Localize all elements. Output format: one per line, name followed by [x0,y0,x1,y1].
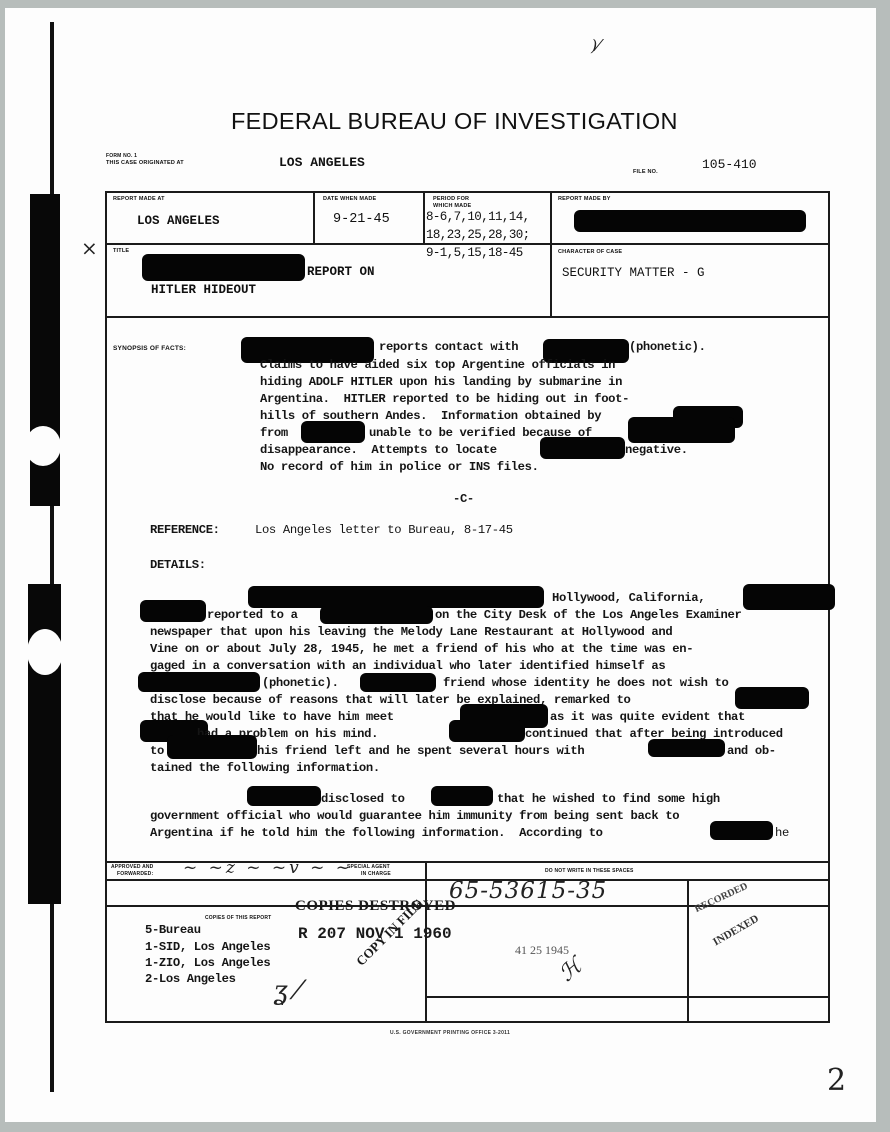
col-divider-period [423,191,425,243]
redaction-details-2 [743,584,835,610]
footer-col-divider-2 [687,879,689,1021]
classification-mark: -C- [453,491,474,509]
page-number: 2 [827,1063,846,1098]
copies-label: COPIES OF THIS REPORT [205,915,271,921]
details-p1-line10c: and ob- [727,743,776,761]
details-label: DETAILS: [150,557,206,575]
row-divider-1 [106,243,830,245]
approved-label-1: APPROVED AND [111,864,154,870]
handwritten-file-number: 65-53615-35 [449,878,607,904]
redaction-details-6 [360,673,436,692]
redaction-synopsis-4 [301,421,365,443]
copy-distribution-4: 2-Los Angeles [145,971,236,988]
col-divider-date [313,191,315,243]
title-line-2: HITLER HIDEOUT [151,283,256,297]
synopsis-line-8: No record of him in police or INS files. [260,459,539,477]
details-p1-line10b: his friend left and he spent several hou… [257,743,584,761]
details-p2-line1b: that he wished to find some high [497,791,720,809]
agency-title: FEDERAL BUREAU OF INVESTIGATION [231,108,678,135]
checkmark-top-right: )⁄ [591,36,600,55]
report-made-at-label: REPORT MADE AT [113,196,165,202]
details-p1-line6b: friend whose identity he does not wish t… [443,675,729,693]
synopsis-line-7a: disappearance. Attempts to locate [260,442,497,460]
file-no-label: FILE NO. [633,169,658,175]
synopsis-line-1b: (phonetic). [629,339,706,357]
footer-inner-line [425,996,830,998]
details-p1-line4: Vine on or about July 28, 1945, he met a… [150,641,693,659]
period-line-1: 8-6,7,10,11,14, [426,210,530,224]
details-p1-line2b: on the City Desk of the Los Angeles Exam… [435,607,741,625]
copy-distribution-1: 5-Bureau [145,922,201,939]
report-made-at-value: LOS ANGELES [137,214,220,228]
period-line-2: 18,23,25,28,30; [426,228,530,242]
printer-line: U.S. GOVERNMENT PRINTING OFFICE 3-2011 [390,1030,510,1036]
synopsis-line-2: Claims to have aided six top Argentine o… [260,357,615,375]
period-line-3: 9-1,5,15,18-45 [426,246,523,260]
period-label-1: PERIOD FOR [433,196,469,202]
redaction-details-1 [248,586,544,608]
details-p1-line1: Hollywood, California, [552,590,705,608]
footer-bottom-line [106,1021,830,1023]
redaction-synopsis-6 [540,437,625,459]
period-label-2: WHICH MADE [433,203,471,209]
synopsis-line-4: Argentina. HITLER reported to be hiding … [260,391,629,409]
details-p2-line1a: disclosed to [321,791,405,809]
copy-distribution-2: 1-SID, Los Angeles [145,939,270,956]
row-divider-2 [106,316,830,318]
details-p2-line3: Argentina if he told him the following i… [150,825,603,843]
synopsis-line-3: hiding ADOLF HITLER upon his landing by … [260,374,622,392]
small-date-stamp: 41 25 1945 [515,943,569,958]
left-edge-line [50,22,54,1092]
synopsis-line-7b: negative. [625,442,688,460]
date-made-label: DATE WHEN MADE [323,196,376,202]
character-value: SECURITY MATTER - G [562,266,705,280]
redaction-report-made-by [574,210,806,232]
character-label: CHARACTER OF CASE [558,249,622,255]
frame-top [106,191,830,193]
details-p1-line3: newspaper that upon his leaving the Melo… [150,624,672,642]
copy-distribution-3: 1-ZIO, Los Angeles [145,955,270,972]
synopsis-line-6a: from [260,425,288,443]
details-p1-line11: tained the following information. [150,760,380,778]
title-label: TITLE [113,248,129,254]
redaction-synopsis-5 [628,417,735,443]
date-made-value: 9-21-45 [333,212,390,227]
col-divider-madeby [550,191,552,316]
reference-value: Los Angeles letter to Bureau, 8-17-45 [255,522,513,540]
title-line-1: REPORT ON [307,265,375,279]
details-p1-line8b: as it was quite evident that [550,709,745,727]
punch-hole-1 [25,426,61,466]
redaction-details-7 [735,687,809,709]
synopsis-line-1a: reports contact with [379,339,518,357]
details-p1-line2a: reported to a [207,607,298,625]
checkmark-margin: × [81,236,98,260]
document-page: FEDERAL BUREAU OF INVESTIGATION Form No.… [5,8,876,1122]
indexed-stamp: INDEXED [711,913,761,949]
report-made-by-label: REPORT MADE BY [558,196,611,202]
details-p1-line10a: to [150,743,164,761]
punch-hole-2 [27,629,63,675]
form-number-label: Form No. 1 [106,153,137,159]
details-p1-line7: disclose because of reasons that will la… [150,692,631,710]
approved-label-2: FORWARDED: [117,871,153,877]
reference-label: REFERENCE: [150,522,220,540]
originated-value: LOS ANGELES [279,155,365,170]
handwritten-scrawl: ℋ [555,954,588,987]
special-agent-label-2: IN CHARGE [361,871,391,877]
details-p2-line2: government official who would guarantee … [150,808,679,826]
do-not-write-label: DO NOT WRITE IN THESE SPACES [545,868,634,874]
handwritten-initial-mark: ʓ ⁄ [273,976,300,1006]
redaction-details-11 [167,735,257,759]
copies-destroyed-stamp: COPIES DESTROYED [295,898,456,915]
redaction-details-12 [648,739,725,757]
redaction-details-13 [247,786,321,806]
redaction-details-15 [710,821,773,840]
redaction-details-10 [449,720,525,742]
redaction-title [142,254,305,281]
approval-signature: ~ ~z ~ ~v ~ ~ [183,858,353,878]
synopsis-label: SYNOPSIS OF FACTS: [113,345,186,352]
details-p1-line6a: (phonetic). [262,675,339,693]
redaction-details-14 [431,786,493,806]
redaction-details-5 [138,672,260,692]
recorded-stamp: RECORDED [693,881,750,915]
details-p2-line3b: he [775,825,789,843]
special-agent-label-1: SPECIAL AGENT [347,864,390,870]
footer-copies-line [106,905,830,907]
redaction-details-3 [140,600,206,622]
redaction-details-4 [320,606,433,624]
file-no-value: 105-410 [702,157,757,172]
originated-label: THIS CASE ORIGINATED AT [106,160,184,166]
